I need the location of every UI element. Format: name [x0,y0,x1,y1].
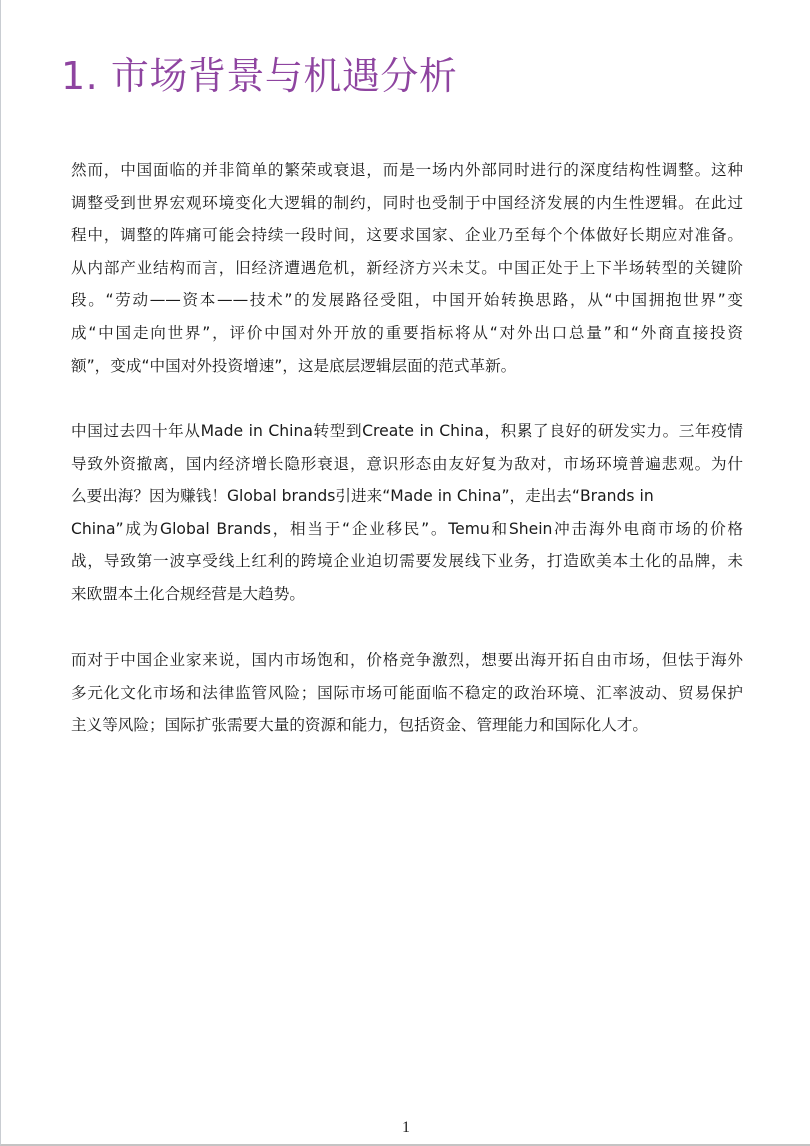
paragraph-entrepreneur-risks: 而对于中国企业家来说，国内市场饱和，价格竞争激烈，想要出海开拓自由市场，但怯于海… [71,644,743,742]
paragraph-line: 来欧盟本土化合规经营是大趋势。 [71,578,743,611]
paragraph-line: 多元化文化市场和法律监管风险；国际市场可能面临不稳定的政治环境、汇率波动、贸易保… [71,677,743,710]
document-page: 1. 市场背景与机遇分析 然而，中国面临的并非简单的繁荣或衰退，而是一场内外部同… [0,0,810,1146]
page-number: 1 [1,1119,810,1137]
paragraph-line: China”成为Global Brands，相当于“企业移民”。Temu和She… [71,513,743,546]
paragraph-line: 段。“劳动——资本——技术”的发展路径受阻，中国开始转换思路，从“中国拥抱世界”… [71,284,743,317]
paragraph-market-background: 然而，中国面临的并非简单的繁荣或衰退，而是一场内外部同时进行的深度结构性调整。这… [71,154,743,382]
paragraph-line: 成“中国走向世界”，评价中国对外开放的重要指标将从“对外出口总量”和“外商直接投… [71,317,743,350]
paragraph-line: 中国过去四十年从Made in China转型到Create in China，… [71,415,743,448]
paragraph-line: 程中，调整的阵痛可能会持续一段时间，这要求国家、企业乃至每个个体做好长期应对准备… [71,219,743,252]
section-title: 1. 市场背景与机遇分析 [61,48,457,104]
paragraph-line: 额”，变成“中国对外投资增速”，这是底层逻辑层面的范式革新。 [71,350,743,383]
paragraph-line: 么要出海？因为赚钱！Global brands引进来“Made in China… [71,480,743,513]
paragraph-line: 调整受到世界宏观环境变化大逻辑的制约，同时也受制于中国经济发展的内生性逻辑。在此… [71,187,743,220]
paragraph-line: 从内部产业结构而言，旧经济遭遇危机，新经济方兴未艾。中国正处于上下半场转型的关键… [71,252,743,285]
paragraph-line: 然而，中国面临的并非简单的繁荣或衰退，而是一场内外部同时进行的深度结构性调整。这… [71,154,743,187]
paragraph-line: 导致外资撤离，国内经济增长隐形衰退，意识形态由友好复为敌对，市场环境普遍悲观。为… [71,448,743,481]
paragraph-line: 而对于中国企业家来说，国内市场饱和，价格竞争激烈，想要出海开拓自由市场，但怯于海… [71,644,743,677]
paragraph-line: 战，导致第一波享受线上红利的跨境企业迫切需要发展线下业务，打造欧美本土化的品牌，… [71,545,743,578]
paragraph-line: 主义等风险；国际扩张需要大量的资源和能力，包括资金、管理能力和国际化人才。 [71,709,743,742]
paragraph-going-global: 中国过去四十年从Made in China转型到Create in China，… [71,415,743,611]
